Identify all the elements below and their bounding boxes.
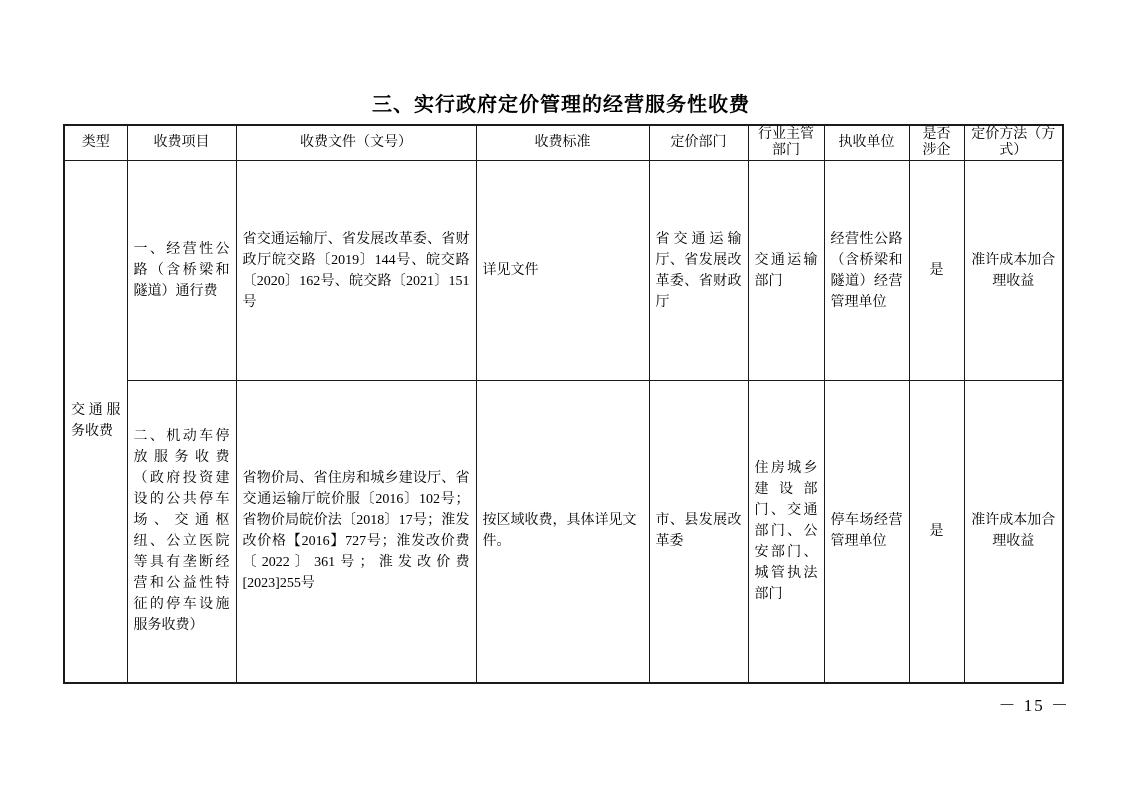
cell-row1-standard: 详见文件 <box>476 161 649 381</box>
cell-row1-pricing-dept: 省交通运输厅、省发展改革委、省财政厅 <box>649 161 748 381</box>
document-page: 三、实行政府定价管理的经营服务性收费 类型 收费项目 收费文件（文号） 收费标准… <box>0 0 1122 793</box>
header-type: 类型 <box>64 125 127 161</box>
header-fee-item: 收费项目 <box>127 125 236 161</box>
cell-row2-standard: 按区域收费，具体详见文件。 <box>476 381 649 683</box>
cell-category: 交通服务收费 <box>64 161 127 683</box>
cell-row2-enterprise-related: 是 <box>909 381 964 683</box>
cell-row2-document: 省物价局、省住房和城乡建设厅、省交通运输厅皖价服〔2016〕102号；省物价局皖… <box>236 381 476 683</box>
cell-row2-pricing-method: 准许成本加合理收益 <box>964 381 1063 683</box>
cell-row1-document: 省交通运输厅、省发展改革委、省财政厅皖交路〔2019〕144号、皖交路〔2020… <box>236 161 476 381</box>
cell-row1-industry-dept: 交通运输部门 <box>748 161 824 381</box>
header-fee-document: 收费文件（文号） <box>236 125 476 161</box>
page-title: 三、实行政府定价管理的经营服务性收费 <box>0 88 1122 117</box>
fee-table: 类型 收费项目 收费文件（文号） 收费标准 定价部门 行业主管部门 执收单位 是… <box>63 124 1064 684</box>
cell-row2-collecting-unit: 停车场经营管理单位 <box>824 381 909 683</box>
table-row-parking-fee: 二、机动车停放服务收费（政府投资建设的公共停车场、交通枢纽、公立医院等具有垄断经… <box>64 381 1063 683</box>
cell-row1-enterprise-related: 是 <box>909 161 964 381</box>
header-enterprise-related: 是否涉企 <box>909 125 964 161</box>
cell-row2-industry-dept: 住房城乡建设部门、交通部门、公安部门、城管执法部门 <box>748 381 824 683</box>
header-row: 类型 收费项目 收费文件（文号） 收费标准 定价部门 行业主管部门 执收单位 是… <box>64 125 1063 161</box>
header-fee-standard: 收费标准 <box>476 125 649 161</box>
cell-row1-pricing-method: 准许成本加合理收益 <box>964 161 1063 381</box>
header-industry-dept: 行业主管部门 <box>748 125 824 161</box>
header-pricing-dept: 定价部门 <box>649 125 748 161</box>
table-row-road-toll: 交通服务收费 一、经营性公路（含桥梁和隧道）通行费 省交通运输厅、省发展改革委、… <box>64 161 1063 381</box>
cell-row2-item: 二、机动车停放服务收费（政府投资建设的公共停车场、交通枢纽、公立医院等具有垄断经… <box>127 381 236 683</box>
header-pricing-method: 定价方法（方式） <box>964 125 1063 161</box>
header-collecting-unit: 执收单位 <box>824 125 909 161</box>
cell-row1-collecting-unit: 经营性公路（含桥梁和隧道）经营管理单位 <box>824 161 909 381</box>
cell-row2-pricing-dept: 市、县发展改革委 <box>649 381 748 683</box>
page-number: － 15 － <box>999 691 1071 716</box>
cell-row1-item: 一、经营性公路（含桥梁和隧道）通行费 <box>127 161 236 381</box>
